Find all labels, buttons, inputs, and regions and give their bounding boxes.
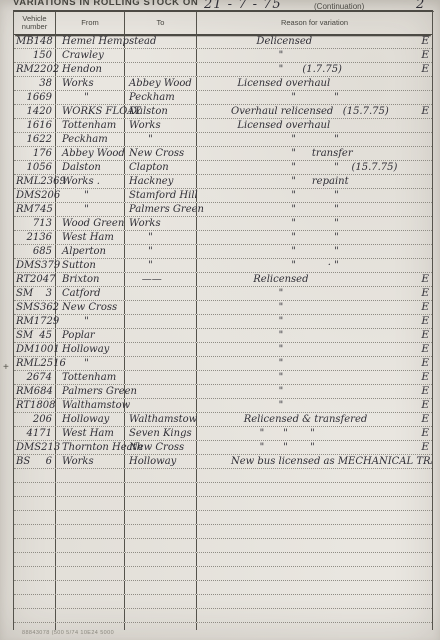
status-marker: E (421, 301, 429, 314)
to-cell (125, 35, 197, 48)
empty-table-row (14, 567, 432, 581)
vehicle-number-cell: 206 (14, 413, 56, 426)
vehicle-number-cell: RML2516 (14, 357, 56, 370)
reason-cell: DelicensedE (197, 35, 432, 48)
scanned-log-page: VARIATIONS IN ROLLING STOCK ON 21 - 7 - … (0, 0, 440, 640)
from-cell: Catford (56, 287, 125, 300)
reason-cell: New bus licensed as MECHANICAL TRAINERNE (197, 455, 433, 468)
to-cell: Clapton (125, 161, 197, 174)
vehicle-class-prefix: RML (16, 175, 40, 188)
reason-text: Licensed overhaul (231, 120, 330, 131)
to-cell: " (125, 259, 197, 272)
to-cell: " (125, 231, 197, 244)
reason-cell: "E (197, 301, 432, 314)
status-marker: E (421, 105, 429, 118)
reason-cell: RelicensedE (197, 273, 432, 286)
to-cell: Dalston (125, 105, 197, 118)
vehicle-number: 1622 (27, 133, 52, 146)
vehicle-number: 1420 (27, 105, 52, 118)
empty-table-row (14, 595, 432, 609)
from-cell: Holloway (56, 343, 125, 356)
from-cell: Abbey Wood (56, 147, 125, 160)
reason-text: " repaint (231, 176, 349, 187)
reason-text: " " " (231, 428, 315, 439)
vehicle-number: 148 (34, 35, 53, 48)
reason-text: " " (231, 218, 339, 229)
from-cell: " (56, 189, 125, 202)
from-cell: Poplar (56, 329, 125, 342)
to-cell (125, 469, 197, 482)
vehicle-number: 1056 (27, 161, 52, 174)
from-cell: New Cross (56, 301, 125, 314)
reason-cell: " " "E (197, 427, 432, 440)
from-cell: Thornton Heath (56, 441, 125, 454)
vehicle-number: 206 (33, 413, 52, 426)
vehicle-number-cell: 176 (14, 147, 56, 160)
from-cell: Peckham (56, 133, 125, 146)
from-cell: Wood Green (56, 217, 125, 230)
status-marker: E (421, 399, 429, 412)
from-cell: Works . (56, 175, 125, 188)
reason-cell: " " (197, 245, 432, 258)
reason-cell: " repaint (197, 175, 432, 188)
reason-cell (197, 497, 432, 510)
table-row: 150Crawley "E (14, 49, 432, 63)
vehicle-number-cell: SMS362 (14, 301, 56, 314)
status-marker: E (421, 385, 429, 398)
vehicle-class-prefix: RM (16, 63, 34, 76)
header-to: To (125, 12, 197, 34)
reason-text: " " (231, 190, 339, 201)
reason-cell (197, 623, 432, 630)
table-row: 1669 "Peckham " " (14, 91, 432, 105)
vehicle-number-cell (14, 469, 56, 482)
rolling-stock-table: Vehicle number From To Reason for variat… (13, 10, 433, 630)
table-row: 2136West Ham " " " (14, 231, 432, 245)
reason-cell (197, 553, 432, 566)
table-row: 1622Peckham " " " (14, 133, 432, 147)
to-cell (125, 63, 197, 76)
to-cell: Walthamstow (125, 413, 197, 426)
from-cell: Dalston (56, 161, 125, 174)
vehicle-class-prefix: DM (16, 343, 34, 356)
from-cell: Hendon (56, 63, 125, 76)
to-cell (125, 483, 197, 496)
reason-text: Overhaul relicensed (15.7.75) (231, 106, 389, 117)
from-cell: West Ham (56, 427, 125, 440)
reason-cell: " (1.7.75)E (197, 63, 432, 76)
empty-table-row (14, 525, 432, 539)
reason-text: " " (231, 204, 339, 215)
table-body: MB148Hemel Hempstead DelicensedE150Crawl… (14, 35, 432, 630)
form-reference-code: 88843078 (500 5/74 10E24 5000 (22, 630, 114, 636)
vehicle-number-cell: RM1729 (14, 315, 56, 328)
from-cell (56, 525, 125, 538)
to-cell (125, 385, 197, 398)
to-cell (125, 609, 197, 622)
to-cell (125, 287, 197, 300)
status-marker: E (421, 287, 429, 300)
to-cell: Seven Kings (125, 427, 197, 440)
table-row: RML2369Works .Hackney " repaint (14, 175, 432, 189)
vehicle-number-cell: 1669 (14, 91, 56, 104)
from-cell (56, 553, 125, 566)
vehicle-class-prefix: RM (16, 385, 34, 398)
vehicle-number-cell (14, 623, 56, 630)
reason-cell: "E (197, 287, 432, 300)
from-cell (56, 497, 125, 510)
vehicle-number-cell: DMS213 (14, 441, 56, 454)
reason-text: Relicensed & transfered (231, 414, 367, 425)
from-cell (56, 469, 125, 482)
empty-table-row (14, 483, 432, 497)
reason-cell: " " (197, 189, 432, 202)
to-cell (125, 357, 197, 370)
to-cell: Hackney (125, 175, 197, 188)
to-cell: New Cross (125, 441, 197, 454)
from-cell (56, 595, 125, 608)
vehicle-number: 45 (39, 329, 52, 342)
table-row: DM1001Holloway "E (14, 343, 432, 357)
to-cell (125, 329, 197, 342)
status-marker: E (421, 343, 429, 356)
reason-text: " (231, 386, 283, 397)
to-cell: Works (125, 217, 197, 230)
to-cell: Peckham (125, 91, 197, 104)
reason-cell: "E (197, 315, 432, 328)
reason-text: Licensed overhaul (231, 78, 330, 89)
vehicle-number: 1808 (30, 399, 55, 412)
vehicle-number-cell: 2136 (14, 231, 56, 244)
vehicle-number-cell (14, 567, 56, 580)
reason-text: " " (231, 246, 339, 257)
from-cell (56, 539, 125, 552)
from-cell (56, 623, 125, 630)
empty-table-row (14, 539, 432, 553)
from-cell: Works (56, 455, 125, 468)
reason-cell: " " (197, 231, 432, 244)
from-cell (56, 581, 125, 594)
vehicle-number: 2674 (27, 371, 52, 384)
reason-text: " (231, 288, 283, 299)
vehicle-number-cell: SM3 (14, 287, 56, 300)
status-marker: E (421, 413, 429, 426)
to-cell (125, 399, 197, 412)
status-marker: E (421, 315, 429, 328)
to-cell (125, 301, 197, 314)
vehicle-class-prefix: DMS (16, 259, 41, 272)
from-cell: Sutton (56, 259, 125, 272)
from-cell: Crawley (56, 49, 125, 62)
vehicle-number: 2136 (27, 231, 52, 244)
vehicle-number-cell: MB148 (14, 35, 56, 48)
header-from: From (56, 12, 125, 34)
vehicle-number-cell (14, 609, 56, 622)
table-row: 206HollowayWalthamstow Relicensed & tran… (14, 413, 432, 427)
vehicle-number-cell (14, 595, 56, 608)
from-cell: Palmers Green (56, 385, 125, 398)
to-cell: Works (125, 119, 197, 132)
to-cell: Abbey Wood (125, 77, 197, 90)
reason-cell (197, 595, 432, 608)
vehicle-class-prefix: RM (16, 315, 34, 328)
from-cell: Holloway (56, 413, 125, 426)
reason-cell: "E (197, 357, 432, 370)
to-cell: —— (125, 273, 197, 286)
from-cell: West Ham (56, 231, 125, 244)
vehicle-number: 176 (33, 147, 52, 160)
reason-cell (197, 525, 432, 538)
vehicle-number-cell: DMS379 (14, 259, 56, 272)
vehicle-class-prefix: RT (16, 399, 30, 412)
table-row: DMS379Sutton " " · " (14, 259, 432, 273)
table-row: 176Abbey WoodNew Cross " transfer (14, 147, 432, 161)
reason-cell (197, 483, 432, 496)
from-cell: WORKS FLOAT (56, 105, 125, 118)
table-row: MB148Hemel Hempstead DelicensedE (14, 35, 432, 49)
from-cell: " (56, 357, 125, 370)
to-cell (125, 343, 197, 356)
reason-text: " (231, 358, 283, 369)
status-marker: E (421, 427, 429, 440)
from-cell (56, 483, 125, 496)
reason-cell: " · " (197, 259, 432, 272)
to-cell: Holloway (125, 455, 197, 468)
vehicle-number: 6 (46, 455, 52, 468)
to-cell: " (125, 133, 197, 146)
from-cell: Hemel Hempstead (56, 35, 125, 48)
table-row: 1056DalstonClapton " " (15.7.75) (14, 161, 432, 175)
vehicle-number-cell: SM45 (14, 329, 56, 342)
table-header-row: Vehicle number From To Reason for variat… (14, 12, 432, 35)
reason-text: " " (231, 92, 339, 103)
reason-text: New bus licensed as MECHANICAL TRAINER (231, 456, 433, 467)
vehicle-number-cell: RML2369 (14, 175, 56, 188)
vehicle-number-cell: 150 (14, 49, 56, 62)
from-cell: Walthamstow (56, 399, 125, 412)
to-cell (125, 595, 197, 608)
to-cell (125, 511, 197, 524)
reason-cell: " " (197, 133, 432, 146)
vehicle-number: 1616 (27, 119, 52, 132)
reason-cell: " " (197, 203, 432, 216)
reason-text: " transfer (231, 148, 353, 159)
from-cell: Works (56, 77, 125, 90)
from-cell (56, 511, 125, 524)
to-cell (125, 497, 197, 510)
header-reason: Reason for variation (197, 12, 432, 34)
status-marker: E (421, 273, 429, 286)
reason-cell: Licensed overhaul (197, 119, 432, 132)
vehicle-number: 685 (33, 245, 52, 258)
table-row: 2674Tottenham "E (14, 371, 432, 385)
vehicle-number: 684 (34, 385, 53, 398)
table-row: RM1729 " "E (14, 315, 432, 329)
reason-text: " (231, 372, 283, 383)
table-row: DMS213Thornton HeathNew Cross " " "E (14, 441, 432, 455)
reason-cell: " " (197, 217, 432, 230)
status-marker: E (421, 49, 429, 62)
to-cell (125, 315, 197, 328)
vehicle-class-prefix: RML (16, 357, 40, 370)
reason-cell: "E (197, 329, 432, 342)
reason-cell (197, 511, 432, 524)
table-row: RM745 "Palmers Green " " (14, 203, 432, 217)
vehicle-number-cell: RT1808 (14, 399, 56, 412)
to-cell (125, 553, 197, 566)
table-row: SM3Catford "E (14, 287, 432, 301)
status-marker: E (421, 63, 429, 76)
reason-cell (197, 567, 432, 580)
status-marker: E (421, 35, 429, 48)
table-row: RM2202Hendon " (1.7.75)E (14, 63, 432, 77)
empty-table-row (14, 511, 432, 525)
table-row: 4171West HamSeven Kings " " "E (14, 427, 432, 441)
vehicle-number-cell: RM2202 (14, 63, 56, 76)
reason-cell: "E (197, 343, 432, 356)
to-cell (125, 623, 197, 630)
vehicle-class-prefix: DMS (16, 189, 41, 202)
vehicle-class-prefix: RT (16, 273, 30, 286)
table-row: RML2516 " "E (14, 357, 432, 371)
reason-text: " " (231, 134, 339, 145)
status-marker: E (421, 441, 429, 454)
vehicle-class-prefix: DMS (16, 441, 41, 454)
from-cell: Brixton (56, 273, 125, 286)
reason-text: " (231, 344, 283, 355)
table-row: RT2047Brixton —— RelicensedE (14, 273, 432, 287)
table-row: SM45Poplar "E (14, 329, 432, 343)
to-cell: " (125, 245, 197, 258)
vehicle-number-cell: 38 (14, 77, 56, 90)
vehicle-number-cell (14, 525, 56, 538)
reason-text: " " " (231, 442, 315, 453)
vehicle-number-cell (14, 553, 56, 566)
empty-table-row (14, 553, 432, 567)
vehicle-number: 38 (39, 77, 52, 90)
vehicle-number-cell (14, 483, 56, 496)
reason-text: " (231, 302, 283, 313)
from-cell: " (56, 91, 125, 104)
table-row: 38WorksAbbey Wood Licensed overhaul (14, 77, 432, 91)
table-row: BS6WorksHollowayNew bus licensed as MECH… (14, 455, 432, 469)
reason-text: " (1.7.75) (231, 64, 342, 75)
empty-table-row (14, 581, 432, 595)
vehicle-number-cell: DMS206 (14, 189, 56, 202)
vehicle-number-cell: RT2047 (14, 273, 56, 286)
to-cell: New Cross (125, 147, 197, 160)
reason-cell: "E (197, 399, 432, 412)
to-cell (125, 525, 197, 538)
vehicle-class-prefix: RM (16, 203, 34, 216)
vehicle-number: 1669 (27, 91, 52, 104)
reason-cell: " " (15.7.75) (197, 161, 432, 174)
reason-text: " " (15.7.75) (231, 162, 397, 173)
vehicle-class-prefix: SM (16, 287, 33, 300)
table-row: SMS362New Cross "E (14, 301, 432, 315)
from-cell: Tottenham (56, 371, 125, 384)
vehicle-number: 3 (46, 287, 52, 300)
empty-table-row (14, 609, 432, 623)
vehicle-number-cell (14, 539, 56, 552)
reason-cell: " " "E (197, 441, 432, 454)
vehicle-number: 713 (33, 217, 52, 230)
vehicle-class-prefix: SM (16, 329, 33, 342)
to-cell (125, 371, 197, 384)
vehicle-class-prefix: BS (16, 455, 30, 468)
reason-text: Relicensed (231, 274, 309, 285)
vehicle-number-cell (14, 581, 56, 594)
to-cell (125, 539, 197, 552)
reason-cell: Licensed overhaul (197, 77, 432, 90)
reason-cell: "E (197, 371, 432, 384)
vehicle-number-cell: RM745 (14, 203, 56, 216)
vehicle-number-cell: 1056 (14, 161, 56, 174)
table-row: 713Wood GreenWorks " " (14, 217, 432, 231)
reason-cell: "E (197, 49, 432, 62)
reason-cell (197, 609, 432, 622)
vehicle-number-cell: 1420 (14, 105, 56, 118)
to-cell (125, 567, 197, 580)
vehicle-number-cell: BS6 (14, 455, 56, 468)
reason-cell: " " (197, 91, 432, 104)
status-marker: E (421, 357, 429, 370)
vehicle-number-cell: 2674 (14, 371, 56, 384)
vehicle-number-cell: 713 (14, 217, 56, 230)
vehicle-number-cell: DM1001 (14, 343, 56, 356)
reason-text: Delicensed (231, 36, 312, 47)
reason-text: " (231, 400, 283, 411)
table-row: 1420WORKS FLOATDalstonOverhaul relicense… (14, 105, 432, 119)
table-row: RT1808Walthamstow "E (14, 399, 432, 413)
from-cell: " (56, 315, 125, 328)
reason-text: " (231, 316, 283, 327)
to-cell: Palmers Green (125, 203, 197, 216)
from-cell (56, 609, 125, 622)
vehicle-number: 150 (33, 49, 52, 62)
reason-cell: " transfer (197, 147, 432, 160)
reason-cell: Overhaul relicensed (15.7.75)E (197, 105, 432, 118)
page-title: VARIATIONS IN ROLLING STOCK ON (13, 0, 198, 8)
from-cell (56, 567, 125, 580)
empty-table-row (14, 497, 432, 511)
vehicle-number: 745 (34, 203, 53, 216)
reason-cell (197, 539, 432, 552)
table-row: RM684Palmers Green "E (14, 385, 432, 399)
vehicle-class-prefix: SMS (16, 301, 40, 314)
vehicle-number-cell (14, 497, 56, 510)
reason-cell: Relicensed & transferedE (197, 413, 432, 426)
table-row: DMS206 "Stamford Hill " " (14, 189, 432, 203)
from-cell: Alperton (56, 245, 125, 258)
vehicle-number-cell (14, 511, 56, 524)
empty-table-row (14, 623, 432, 630)
status-marker: E (421, 329, 429, 342)
reason-cell (197, 469, 432, 482)
reason-text: " " (231, 232, 339, 243)
margin-annotation-mark: + (3, 362, 9, 373)
table-row: 685Alperton " " " (14, 245, 432, 259)
vehicle-class-prefix: MB (16, 35, 34, 48)
reason-cell (197, 581, 432, 594)
vehicle-number-cell: RM684 (14, 385, 56, 398)
from-cell: Tottenham (56, 119, 125, 132)
reason-text: " · " (231, 260, 339, 271)
vehicle-number-cell: 685 (14, 245, 56, 258)
to-cell: Stamford Hill (125, 189, 197, 202)
vehicle-number-cell: 4171 (14, 427, 56, 440)
from-cell: " (56, 203, 125, 216)
